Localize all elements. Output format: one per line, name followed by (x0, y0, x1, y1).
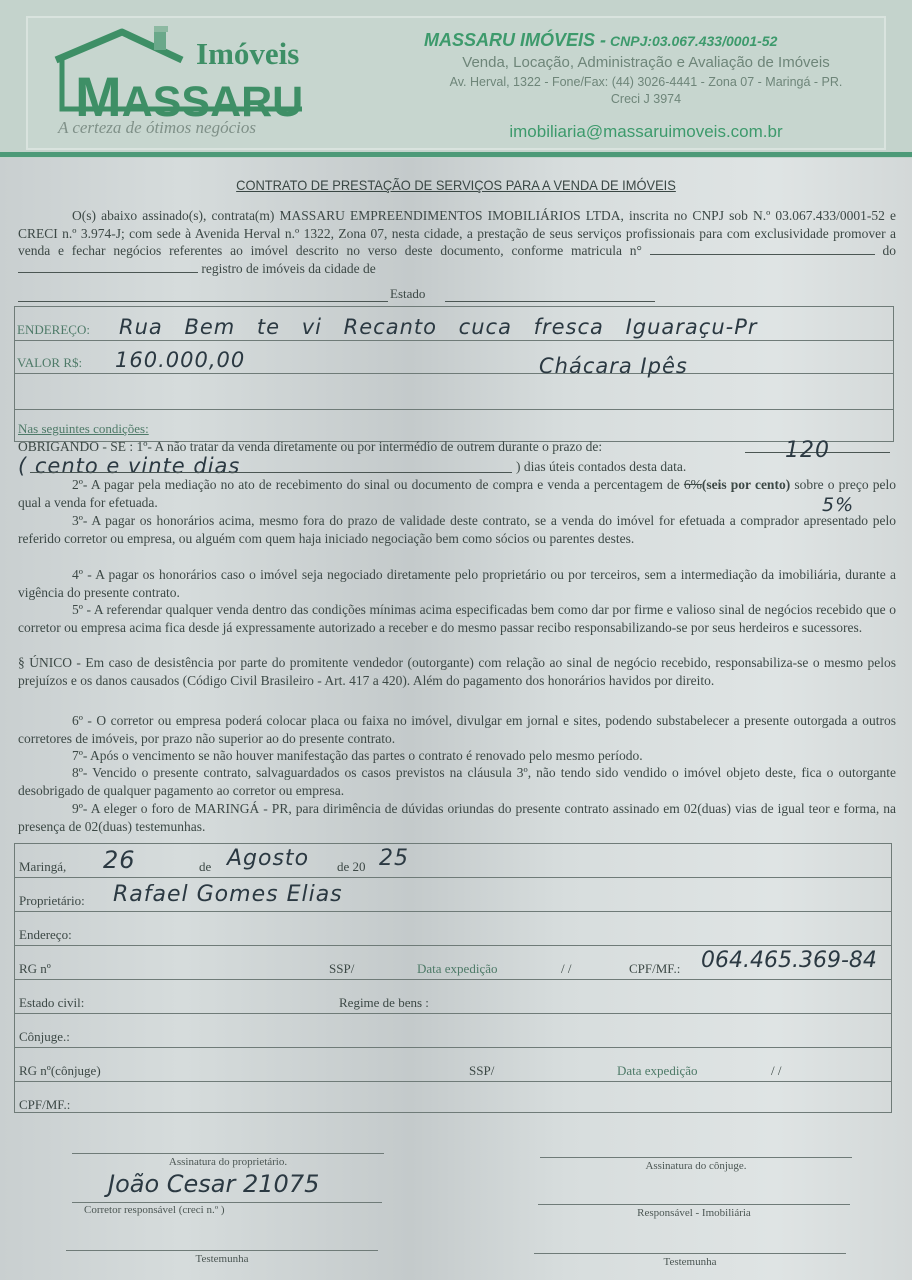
broker-signature: João Cesar 21075 (108, 1170, 319, 1198)
intro-paragraph: O(s) abaixo assinado(s), contrata(m) MAS… (18, 207, 896, 277)
witness-1-signature-line[interactable] (66, 1250, 378, 1251)
prazo-words-field[interactable] (30, 472, 512, 473)
ssp-label: SSP/ (329, 961, 354, 977)
proprietario-row[interactable]: Proprietário: Rafael Gomes Elias (15, 878, 891, 912)
clause-1-suffix: ) dias úteis contados desta data. (516, 459, 686, 475)
conjuge-label: Cônjuge.: (19, 1029, 70, 1045)
estado-civil-label: Estado civil: (19, 995, 84, 1011)
ssp-conjuge-label: SSP/ (469, 1063, 494, 1079)
clause-8: 8º- Vencido o presente contrato, salvagu… (18, 764, 896, 799)
rg-label: RG nº (19, 961, 51, 977)
company-name: MASSARU IMÓVEIS -CNPJ:03.067.433/0001-52 (424, 30, 894, 51)
conditions-heading: Nas seguintes condições: (18, 421, 149, 437)
estado-label: Estado (390, 286, 425, 302)
witness-1-label: Testemunha (66, 1253, 378, 1265)
company-cnpj: CNPJ:03.067.433/0001-52 (610, 33, 777, 49)
clause-6: 6º - O corretor ou empresa poderá coloca… (18, 712, 896, 747)
proprietario-label: Proprietário: (19, 893, 85, 909)
city-label: Maringá, (19, 859, 66, 875)
property-blank-row[interactable] (15, 374, 893, 410)
data-expedicao-label: Data expedição (417, 961, 497, 977)
endereco-value: Rua Bem te vi Recanto cuca fresca Iguara… (119, 315, 758, 339)
proprietario-value: Rafael Gomes Elias (113, 882, 343, 907)
header-divider (0, 152, 912, 157)
owner-signature-line[interactable] (72, 1153, 384, 1154)
registro-field[interactable] (18, 262, 198, 273)
agency-signature-label: Responsável - Imobiliária (538, 1207, 850, 1219)
endereco-owner-row[interactable]: Endereço: (15, 912, 891, 946)
date-month: Agosto (227, 846, 309, 871)
spouse-signature-line[interactable] (540, 1157, 852, 1158)
company-creci: Creci J 3974 (396, 92, 896, 106)
witness-2-label: Testemunha (534, 1256, 846, 1268)
letterhead: Imóveis MASSARU A certeza de ótimos negó… (0, 0, 912, 158)
estado-civil-row[interactable]: Estado civil: Regime de bens : (15, 980, 891, 1014)
endereco-row[interactable]: ENDEREÇO: Rua Bem te vi Recanto cuca fre… (15, 307, 893, 341)
valor-row[interactable]: VALOR R$: 160.000,00 Chácara Ipês (15, 341, 893, 374)
estado-field[interactable] (445, 301, 655, 302)
clause-unico: § ÚNICO - Em caso de desistência por par… (18, 654, 896, 689)
company-logo: Imóveis MASSARU (50, 24, 320, 119)
conjuge-row[interactable]: Cônjuge.: (15, 1014, 891, 1048)
prazo-days-words: ( cento e vinte dias (18, 454, 240, 478)
printed-percentage: 6% (684, 477, 702, 492)
endereco-label: ENDEREÇO: (17, 322, 90, 338)
rg-conjuge-label: RG nº(cônjuge) (19, 1063, 101, 1079)
agency-signature-line[interactable] (538, 1204, 850, 1205)
cpf-conjuge-row[interactable]: CPF/MF.: (15, 1082, 891, 1116)
witness-2-signature-line[interactable] (534, 1253, 846, 1254)
date-row[interactable]: Maringá, 26 de Agosto de 20 25 (15, 844, 891, 878)
rg-row[interactable]: RG nº SSP/ Data expedição / / CPF/MF.: 0… (15, 946, 891, 980)
cidade-field[interactable] (18, 301, 388, 302)
rg-conjuge-row[interactable]: RG nº(cônjuge) SSP/ Data expedição / / (15, 1048, 891, 1082)
company-address: Av. Herval, 1322 - Fone/Fax: (44) 3026-4… (396, 75, 896, 89)
matricula-field[interactable] (650, 244, 875, 255)
clause-5: 5º - A referendar qualquer venda dentro … (18, 601, 896, 636)
company-email[interactable]: imobiliaria@massaruimoveis.com.br (396, 122, 896, 142)
data-expedicao-conjuge-label: Data expedição (617, 1063, 697, 1079)
clause-4: 4º - A pagar os honorários caso o imóvel… (18, 566, 896, 601)
endereco-owner-label: Endereço: (19, 927, 72, 943)
owner-signature-label: Assinatura do proprietário. (72, 1156, 384, 1168)
cpf-conjuge-label: CPF/MF.: (19, 1097, 70, 1113)
clause-9: 9º- A eleger o foro de MARINGÁ - PR, par… (18, 800, 896, 835)
cpf-value: 064.465.369-84 (701, 948, 877, 973)
document-title: CONTRATO DE PRESTAÇÃO DE SERVIÇOS PARA A… (36, 177, 875, 193)
spouse-signature-label: Assinatura do cônjuge. (540, 1160, 852, 1172)
clause-3: 3º- A pagar os honorários acima, mesmo f… (18, 512, 896, 547)
broker-signature-label: Corretor responsável (creci n.º ) (84, 1204, 225, 1216)
date-day: 26 (103, 846, 136, 874)
prazo-days-number: 120 (785, 438, 830, 463)
cpf-label: CPF/MF.: (629, 961, 680, 977)
valor-label: VALOR R$: (17, 355, 82, 371)
date-year: 25 (379, 846, 409, 871)
broker-signature-line[interactable] (72, 1202, 382, 1203)
regime-bens-label: Regime de bens : (339, 995, 429, 1011)
company-services: Venda, Locação, Administração e Avaliaçã… (396, 54, 896, 71)
valor-value: 160.000,00 (115, 348, 245, 372)
clause-7: 7º- Após o vencimento se não houver mani… (18, 747, 896, 765)
logo-slogan: A certeza de ótimos negócios (58, 118, 256, 138)
contract-page: Imóveis MASSARU A certeza de ótimos negó… (0, 0, 912, 1280)
clause-2: 2º- A pagar pela mediação no ato de rece… (18, 476, 896, 511)
owner-info-box: Maringá, 26 de Agosto de 20 25 Proprietá… (14, 843, 892, 1113)
